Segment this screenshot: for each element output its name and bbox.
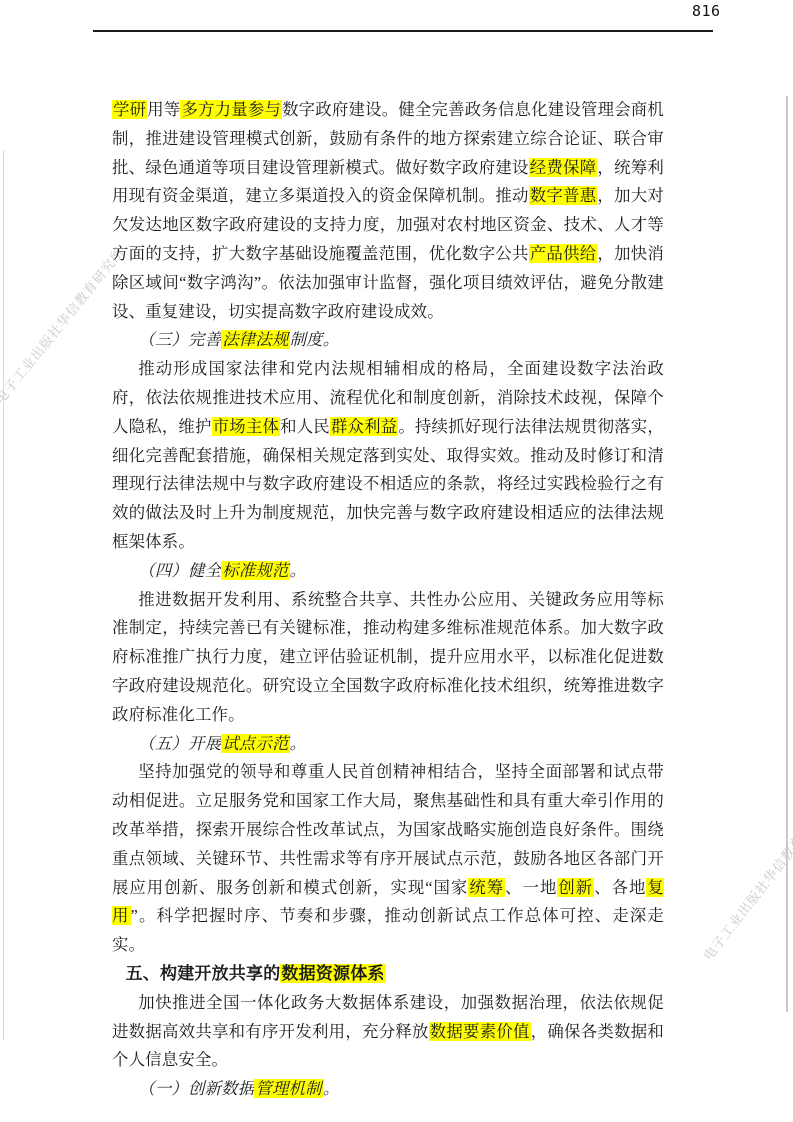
body-text: （一）创新数据 bbox=[138, 1079, 254, 1098]
body-text: ”。科学把握时序、节奏和步骤，推动创新试点工作总体可控、走深走实。 bbox=[112, 906, 664, 954]
highlighted-text: 创新 bbox=[557, 878, 594, 897]
document-page: 816 电子工业出版社华信教育研究所 电子工业出版社华信教育研究所 学研用等多方… bbox=[0, 0, 793, 1122]
highlighted-text: 法律法规 bbox=[221, 330, 289, 349]
highlighted-text: 群众利益 bbox=[330, 417, 398, 436]
highlighted-text: 数据要素价值 bbox=[429, 1022, 531, 1041]
body-text: 坚持加强党的领导和尊重人民首创精神相结合，坚持全面部署和试点带动相促进。立足服务… bbox=[112, 762, 664, 896]
highlighted-text: 试点示范 bbox=[221, 734, 289, 753]
highlighted-text: 数字普惠 bbox=[529, 186, 598, 205]
heading-item-4: （四）健全标准规范。 bbox=[112, 557, 664, 586]
body-text: （四）健全 bbox=[138, 561, 221, 580]
body-text: 制度。 bbox=[290, 330, 340, 349]
body-text: 、一地 bbox=[505, 878, 557, 897]
body-text: 。持续抓好现行法律法规贯彻落实，细化完善配套措施，确保相关规定落到实处、取得实效… bbox=[112, 417, 664, 551]
body-text: 。 bbox=[323, 1079, 340, 1098]
heading-item-3: （三）完善法律法规制度。 bbox=[112, 326, 664, 355]
highlighted-text: 数据资源体系 bbox=[280, 964, 385, 983]
body-text: 。 bbox=[290, 734, 307, 753]
section-heading: 五、构建开放共享的数据资源体系 bbox=[112, 960, 664, 989]
highlighted-text: 多方力量参与 bbox=[180, 100, 282, 119]
body-text: 和人民 bbox=[280, 417, 330, 436]
page-edge-line-right bbox=[786, 96, 788, 1012]
body-text: 、各地 bbox=[594, 878, 646, 897]
watermark-left: 电子工业出版社华信教育研究所 bbox=[0, 243, 128, 407]
highlighted-text: 经费保障 bbox=[529, 158, 598, 177]
body-text: 用等 bbox=[147, 100, 180, 119]
highlighted-text: 标准规范 bbox=[221, 561, 289, 580]
highlighted-text: 学研 bbox=[112, 100, 147, 119]
paragraph: 坚持加强党的领导和尊重人民首创精神相结合，坚持全面部署和试点带动相促进。立足服务… bbox=[112, 758, 664, 960]
highlighted-text: 统筹 bbox=[468, 878, 505, 897]
body-text: （三）完善 bbox=[138, 330, 221, 349]
body-text: 推进数据开发利用、系统整合共享、共性办公应用、关键政务应用等标准制定，持续完善已… bbox=[112, 590, 664, 724]
paragraph: 推进数据开发利用、系统整合共享、共性办公应用、关键政务应用等标准制定，持续完善已… bbox=[112, 586, 664, 730]
page-edge-line-left bbox=[3, 150, 4, 1040]
paragraph-continued: 学研用等多方力量参与数字政府建设。健全完善政务信息化建设管理会商机制，推进建设管… bbox=[112, 96, 664, 326]
watermark-right: 电子工业出版社华信教育研究所 bbox=[698, 798, 793, 964]
heading-item-5: （五）开展试点示范。 bbox=[112, 730, 664, 759]
highlighted-text: 产品供给 bbox=[529, 244, 598, 263]
highlighted-text: 管理机制 bbox=[254, 1079, 322, 1098]
body-text: （五）开展 bbox=[138, 734, 221, 753]
paragraph: 加快推进全国一体化政务大数据体系建设，加强数据治理，依法依规促进数据高效共享和有… bbox=[112, 989, 664, 1075]
page-number: 816 bbox=[692, 2, 721, 20]
document-body: 学研用等多方力量参与数字政府建设。健全完善政务信息化建设管理会商机制，推进建设管… bbox=[112, 96, 664, 1104]
body-text: 。 bbox=[290, 561, 307, 580]
heading-item-1: （一）创新数据管理机制。 bbox=[112, 1075, 664, 1104]
body-text: 五、构建开放共享的 bbox=[126, 964, 281, 983]
paragraph: 推动形成国家法律和党内法规相辅相成的格局，全面建设数字法治政府，依法依规推进技术… bbox=[112, 355, 664, 557]
highlighted-text: 市场主体 bbox=[212, 417, 280, 436]
header-rule bbox=[93, 30, 713, 32]
